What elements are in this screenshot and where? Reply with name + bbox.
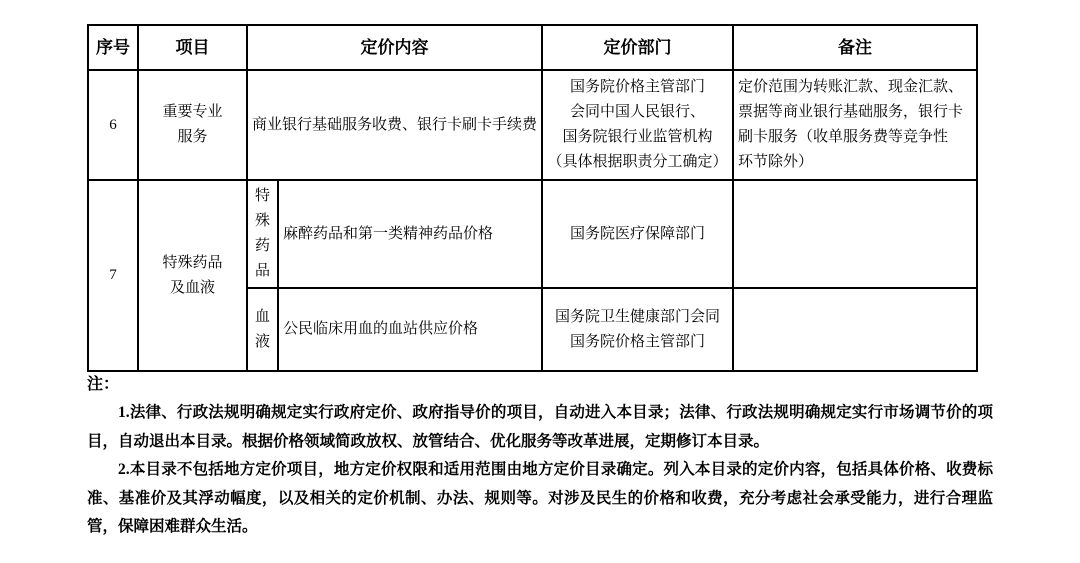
row7b-department: 国务院卫生健康部门会同 国务院价格主管部门 <box>542 288 733 371</box>
notes-label: 注： <box>87 371 993 399</box>
table-body: 6 重要专业 服务 商业银行基础服务收费、银行卡刷卡手续费 国务院价格主管部门 … <box>88 70 977 371</box>
row7a-sublabel: 特殊药品 <box>247 180 278 288</box>
note-2: 2.本目录不包括地方定价项目，地方定价权限和适用范围由地方定价目录确定。列入本目… <box>87 456 993 542</box>
row7a-content: 麻醉药品和第一类精神药品价格 <box>278 180 542 288</box>
row6-content: 商业银行基础服务收费、银行卡刷卡手续费 <box>247 70 542 180</box>
row7b-sublabel: 血液 <box>247 288 278 371</box>
document-page: 序号 项目 定价内容 定价部门 备注 6 重要专业 服务 商业银行基础服务收费、… <box>0 0 1080 563</box>
row6-seq: 6 <box>88 70 138 180</box>
header-department: 定价部门 <box>542 25 733 70</box>
row7a-department: 国务院医疗保障部门 <box>542 180 733 288</box>
note-1: 1.法律、行政法规明确规定实行政府定价、政府指导价的项目，自动进入本目录；法律、… <box>87 399 993 456</box>
header-seq: 序号 <box>88 25 138 70</box>
notes-section: 注： 1.法律、行政法规明确规定实行政府定价、政府指导价的项目，自动进入本目录；… <box>87 371 993 542</box>
row6-item: 重要专业 服务 <box>138 70 247 180</box>
row7b-remark <box>733 288 977 371</box>
row6-department: 国务院价格主管部门 会同中国人民银行、 国务院银行业监管机构 （具体根据职责分工… <box>542 70 733 180</box>
header-remark: 备注 <box>733 25 977 70</box>
pricing-catalog-table: 序号 项目 定价内容 定价部门 备注 6 重要专业 服务 商业银行基础服务收费、… <box>87 24 978 372</box>
header-row: 序号 项目 定价内容 定价部门 备注 <box>88 25 977 70</box>
table-row-6: 6 重要专业 服务 商业银行基础服务收费、银行卡刷卡手续费 国务院价格主管部门 … <box>88 70 977 180</box>
header-content: 定价内容 <box>247 25 542 70</box>
row7-item: 特殊药品 及血液 <box>138 180 247 371</box>
table-header: 序号 项目 定价内容 定价部门 备注 <box>88 25 977 70</box>
row7a-remark <box>733 180 977 288</box>
row7-seq: 7 <box>88 180 138 371</box>
table-row-7-special-drugs: 7 特殊药品 及血液 特殊药品 麻醉药品和第一类精神药品价格 国务院医疗保障部门 <box>88 180 977 288</box>
row6-remark: 定价范围为转账汇款、现金汇款、 票据等商业银行基础服务，银行卡 刷卡服务（收单服… <box>733 70 977 180</box>
row7b-content: 公民临床用血的血站供应价格 <box>278 288 542 371</box>
header-item: 项目 <box>138 25 247 70</box>
